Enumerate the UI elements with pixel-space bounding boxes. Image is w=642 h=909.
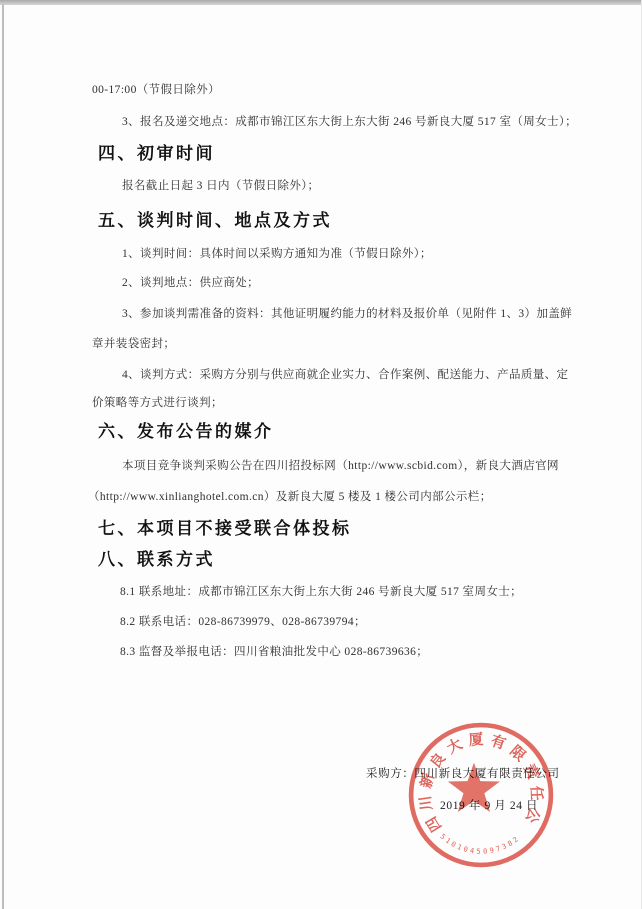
heading-section-4-initial-review-time: 四、初审时间 <box>98 143 215 165</box>
line-method-continuation: 价策略等方式进行谈判； <box>92 394 223 412</box>
scan-left-edge <box>2 4 4 909</box>
line-submission-address: 3、报名及递交地点：成都市锦江区东大街上东大街 246 号新良大厦 517 室（… <box>122 113 577 131</box>
seal-serial-number: 5101045097382 <box>438 832 520 856</box>
scanned-document-page: 00-17:00（节假日除外） 3、报名及递交地点：成都市锦江区东大街上东大街 … <box>0 0 642 909</box>
line-announcement-continuation: （http://www.xinlianghotel.com.cn）及新良大厦 5… <box>88 488 492 506</box>
svg-text:5101045097382: 5101045097382 <box>438 832 520 856</box>
heading-section-5-negotiation-time-place-method: 五、谈判时间、地点及方式 <box>98 210 332 232</box>
company-seal-stamp: 四川新良大厦有限责任公司 5101045097382 <box>404 718 558 872</box>
signature-buyer-line: 采购方：四川新良大厦有限责任公司 <box>366 765 560 783</box>
line-contact-address: 8.1 联系地址：成都市锦江区东大街上东大街 246 号新良大厦 517 室周女… <box>120 583 522 601</box>
heading-section-6-announcement-media: 六、发布公告的媒介 <box>98 421 274 443</box>
line-review-deadline: 报名截止日起 3 日内（节假日除外）； <box>122 177 319 195</box>
line-negotiation-materials: 3、参加谈判需准备的资料：其他证明履约能力的材料及报价单（见附件 1、3）加盖鲜 <box>122 305 572 323</box>
seal-ring <box>411 725 551 865</box>
line-contact-phone: 8.2 联系电话：028-86739979、028-86739794； <box>120 613 366 631</box>
line-announcement-website: 本项目竞争谈判采购公告在四川招投标网（http://www.scbid.com）… <box>122 457 559 475</box>
heading-section-8-contact-info: 八、联系方式 <box>98 549 215 571</box>
line-materials-continuation: 章并装袋密封； <box>92 335 175 353</box>
line-negotiation-place: 2、谈判地点：供应商处； <box>122 274 259 292</box>
line-time-continuation: 00-17:00（节假日除外） <box>92 81 220 99</box>
line-negotiation-time: 1、谈判时间：具体时间以采购方通知为准（节假日除外）； <box>122 245 432 263</box>
line-supervision-phone: 8.3 监督及举报电话：四川省粮油批发中心 028-86739636； <box>120 643 428 661</box>
heading-section-7-no-consortium-bidding: 七、本项目不接受联合体投标 <box>98 518 352 540</box>
line-negotiation-method: 4、谈判方式：采购方分别与供应商就企业实力、合作案例、配送能力、产品质量、定 <box>122 366 568 384</box>
scan-top-edge <box>0 0 642 5</box>
signature-date-line: 2019 年 9 月 24 日 <box>440 797 538 815</box>
